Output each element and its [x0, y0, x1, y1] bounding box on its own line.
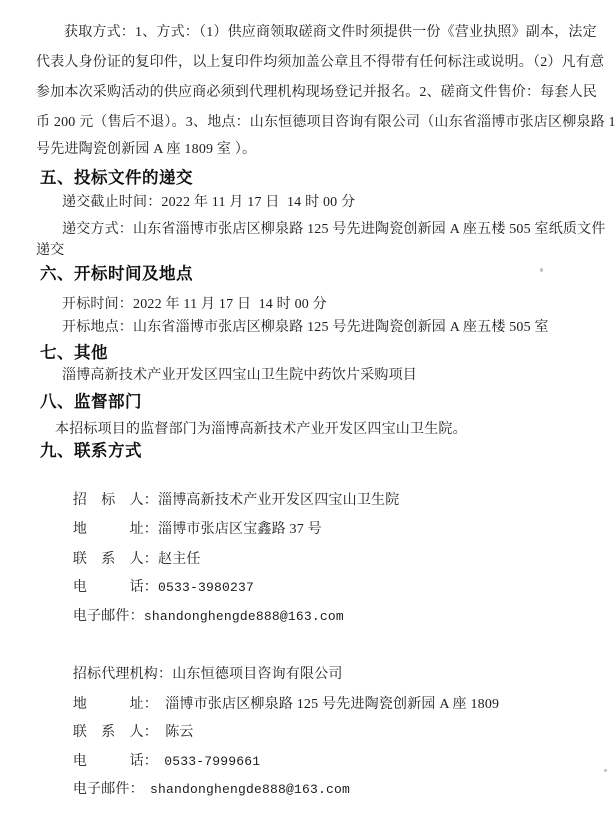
- scan-speck: [604, 769, 607, 772]
- section-heading-other: 七、其他: [40, 342, 108, 364]
- intro-line: 获取方式：1、方式：（1）供应商领取磋商文件时须提供一份《营业执照》副本，法定: [64, 23, 597, 43]
- section-heading-contact: 九、联系方式: [40, 440, 142, 462]
- submission-method-line: 递交方式：山东省淄博市张店区柳泉路 125 号先进陶瓷创新园 A 座五楼 505…: [62, 220, 606, 240]
- project-name-line: 淄博高新技术产业开发区四宝山卫生院中药饮片采购项目: [62, 366, 417, 386]
- submission-deadline-line: 递交截止时间：2022 年 11 月 17 日 14 时 00 分: [62, 193, 355, 213]
- contact-label: 电子邮件：: [73, 782, 137, 797]
- intro-line: 号先进陶瓷创新园 A 座 1809 室 ）。: [36, 140, 256, 160]
- section-heading-supervision: 八、监督部门: [40, 391, 142, 413]
- agency-row-email: 电子邮件： shandonghengde888@163.com: [58, 760, 350, 820]
- opening-time-line: 开标时间：2022 年 11 月 17 日 14 时 00 分: [62, 295, 327, 315]
- submission-method-continuation: 递交: [36, 241, 64, 261]
- contact-email-value: shandonghengde888@163.com: [137, 782, 350, 797]
- section-heading-opening: 六、开标时间及地点: [40, 263, 193, 285]
- contact-label: 电子邮件：: [73, 609, 144, 624]
- intro-line: 代表人身份证的复印件，以上复印件均须加盖公章且不得带有任何标注或说明。（2）凡有…: [36, 53, 604, 73]
- intro-line: 参加本次采购活动的供应商必须到代理机构现场登记并报名。2、磋商文件售价：每套人民: [36, 83, 597, 103]
- contact-email-value: shandonghengde888@163.com: [144, 609, 344, 624]
- contact-value: 淄博市张店区柳泉路 125 号先进陶瓷创新园 A 座 1809: [151, 697, 499, 712]
- section-heading-submission: 五、投标文件的递交: [40, 167, 193, 189]
- scan-speck: [540, 268, 543, 272]
- scanned-document-page: 获取方式：1、方式：（1）供应商领取磋商文件时须提供一份《营业执照》副本，法定 …: [0, 0, 615, 821]
- supervision-line: 本招标项目的监督部门为淄博高新技术产业开发区四宝山卫生院。: [55, 420, 467, 440]
- contact-row-email: 电子邮件：shandonghengde888@163.com: [58, 587, 344, 647]
- opening-place-line: 开标地点：山东省淄博市张店区柳泉路 125 号先进陶瓷创新园 A 座五楼 505…: [62, 318, 549, 338]
- intro-line: 币 200 元（售后不退）。3、地点：山东恒德项目咨询有限公司（山东省淄博市张店…: [36, 113, 615, 133]
